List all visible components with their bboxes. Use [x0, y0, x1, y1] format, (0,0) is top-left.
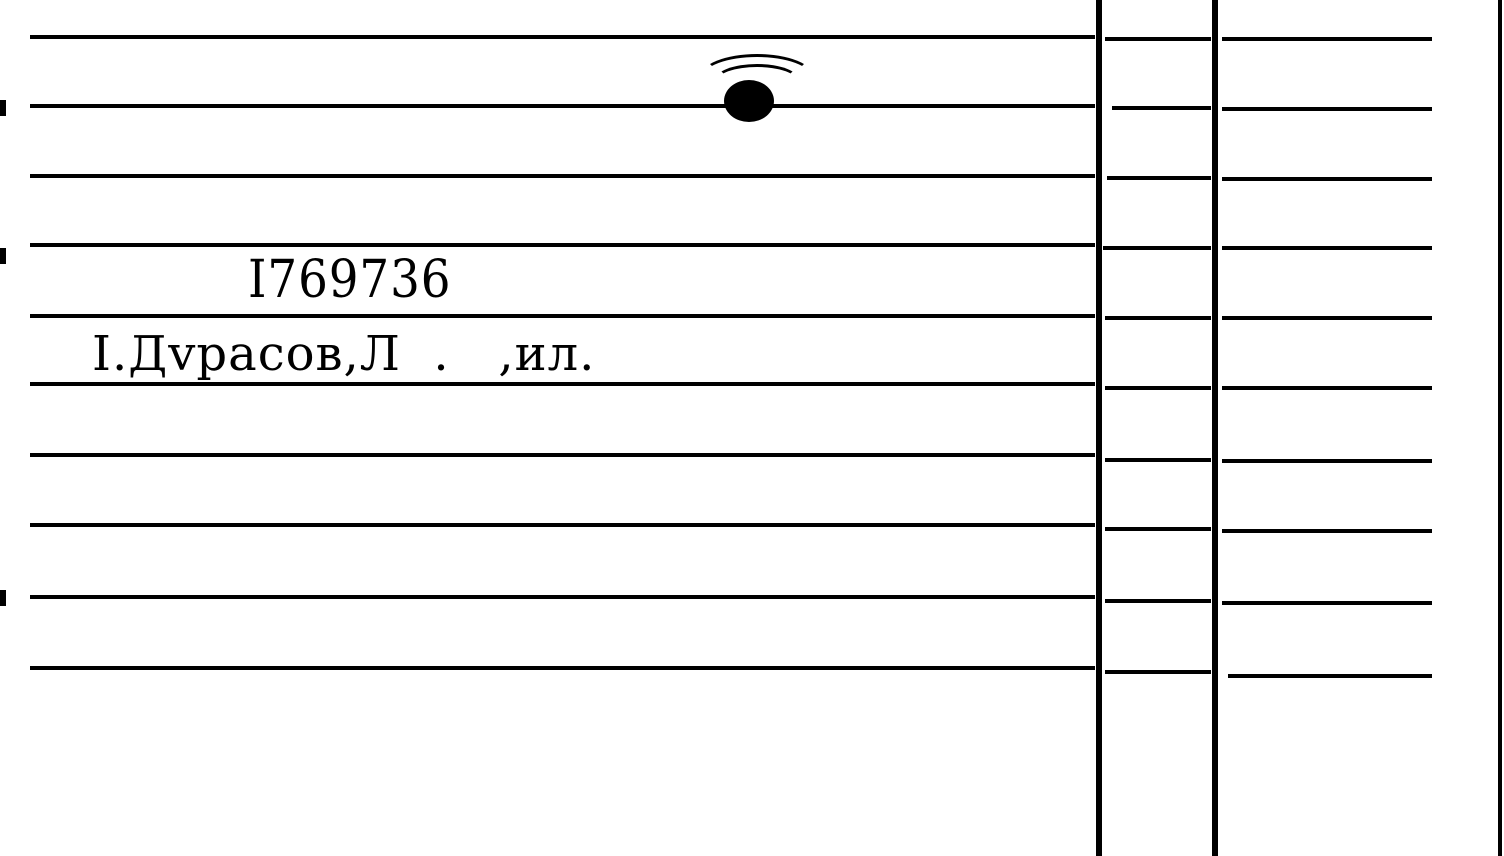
ruled-line [1105, 37, 1211, 41]
column-divider [1096, 0, 1102, 856]
ruled-line [1228, 674, 1432, 678]
ruled-line [1222, 177, 1432, 181]
record-number: I769736 [248, 250, 451, 310]
ruled-line [30, 666, 1095, 670]
ruled-line [1222, 37, 1432, 41]
ruled-line [30, 523, 1095, 527]
ruled-line [1105, 386, 1211, 390]
ruled-line [30, 104, 1095, 108]
ruled-line [30, 314, 1095, 318]
ruled-line [30, 595, 1095, 599]
ruled-line [1222, 107, 1432, 111]
ruled-line [1105, 670, 1211, 674]
ruled-line [1222, 316, 1432, 320]
ruled-line [1222, 246, 1432, 250]
ruled-line [1222, 386, 1432, 390]
ruled-line [1105, 599, 1211, 603]
ruled-line [1222, 459, 1432, 463]
ruled-line [1222, 529, 1432, 533]
margin-mark [0, 248, 6, 264]
card-edge [1498, 0, 1502, 856]
ruled-line [1105, 458, 1211, 462]
entry-line: I.Дvрасов,Л . ,ил. [92, 326, 595, 382]
punch-hole [724, 80, 774, 122]
ruled-line [1103, 246, 1211, 250]
margin-mark [0, 590, 6, 606]
ruled-line [1107, 176, 1211, 180]
ruled-line [30, 35, 1095, 39]
margin-mark [0, 100, 6, 116]
ruled-line [1222, 601, 1432, 605]
ruled-line [30, 174, 1095, 178]
ruled-line [30, 382, 1095, 386]
ruled-line [1105, 316, 1211, 320]
ruled-line [1112, 106, 1211, 110]
column-divider [1212, 0, 1218, 856]
ruled-line [30, 453, 1095, 457]
archival-index-card: I769736 I.Дvрасов,Л . ,ил. [0, 0, 1504, 856]
ruled-line [30, 243, 1095, 247]
ruled-line [1105, 527, 1211, 531]
